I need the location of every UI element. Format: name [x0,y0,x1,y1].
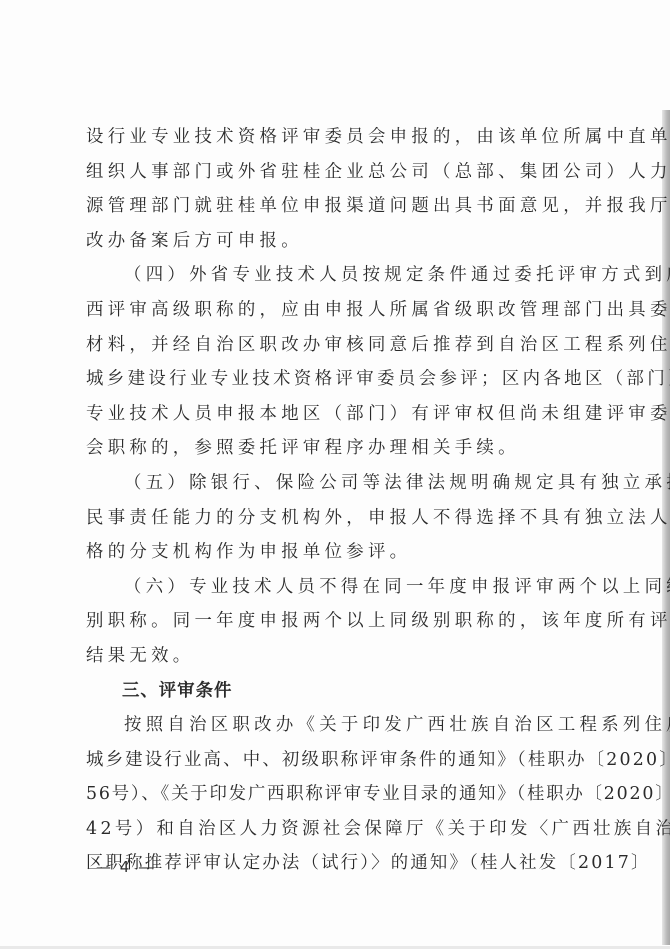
document-page: 设行业专业技术资格评审委员会申报的，由该单位所属中直单位 组织人事部门或外省驻桂… [0,0,670,949]
text-line: 区职称推荐评审认定办法（试行）〉的通知》（桂人社发〔2017〕 [86,846,586,881]
text-line: 组织人事部门或外省驻桂企业总公司（总部、集团公司）人力资 [86,155,586,190]
text-line: 源管理部门就驻桂单位申报渠道问题出具书面意见，并报我厅职 [86,189,586,224]
text-line: 56号）、《关于印发广西职称评审专业目录的通知》（桂职办〔2020〕 [86,777,586,812]
text-line: 民事责任能力的分支机构外，申报人不得选择不具有独立法人资 [86,501,586,536]
text-line: 设行业专业技术资格评审委员会申报的，由该单位所属中直单位 [86,120,586,155]
text-line: 42号）和自治区人力资源社会保障厅《关于印发〈广西壮族自治 [86,812,586,847]
text-line: 专业技术人员申报本地区（部门）有评审权但尚未组建评审委员 [86,397,586,432]
text-line: 别职称。同一年度申报两个以上同级别职称的，该年度所有评审 [86,604,586,639]
text-line: 城乡建设行业高、中、初级职称评审条件的通知》（桂职办〔2020〕 [86,743,586,778]
section-heading: 三、评审条件 [86,674,586,709]
text-line: 结果无效。 [86,639,586,674]
paragraph-4-start: （四）外省专业技术人员按规定条件通过委托评审方式到广 [86,258,586,293]
paragraph-5-start: （五）除银行、保险公司等法律法规明确规定具有独立承担 [86,466,586,501]
text-line: 西评审高级职称的，应由申报人所属省级职改管理部门出具委托 [86,293,586,328]
text-line: 材料，并经自治区职改办审核同意后推荐到自治区工程系列住房 [86,328,586,363]
paragraph-review-start: 按照自治区职改办《关于印发广西壮族自治区工程系列住房 [86,708,586,743]
paragraph-6-start: （六）专业技术人员不得在同一年度申报评审两个以上同级 [86,570,586,605]
page-number: — 4 — [96,858,155,876]
text-line: 格的分支机构作为申报单位参评。 [86,535,586,570]
body-text: 设行业专业技术资格评审委员会申报的，由该单位所属中直单位 组织人事部门或外省驻桂… [86,120,586,881]
text-line: 会职称的，参照委托评审程序办理相关手续。 [86,431,586,466]
text-line: 城乡建设行业专业技术资格评审委员会参评；区内各地区（部门） [86,362,586,397]
text-line: 改办备案后方可申报。 [86,224,586,259]
